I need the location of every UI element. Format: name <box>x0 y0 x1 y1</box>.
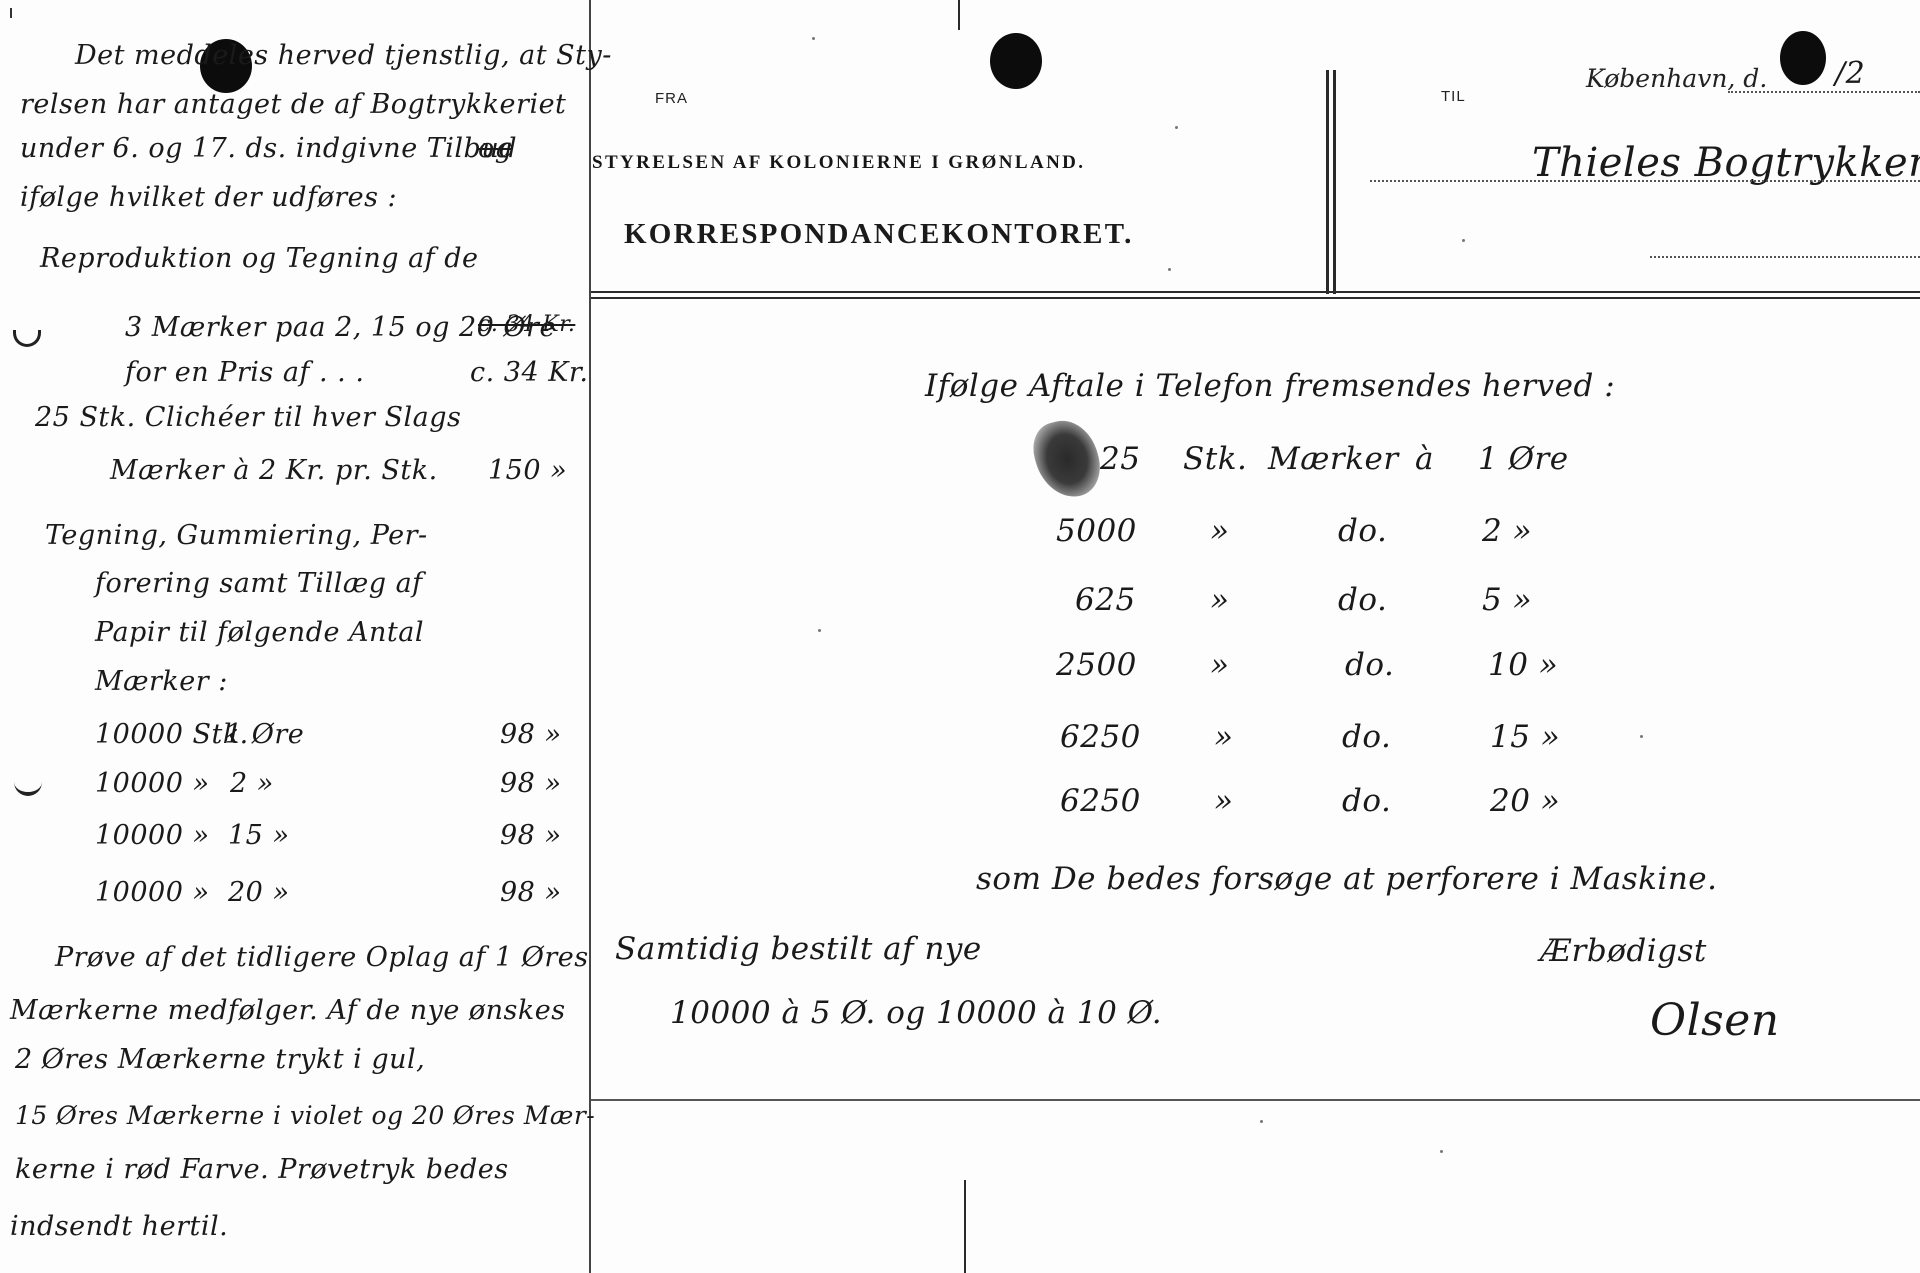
order-ditto: » <box>1210 513 1229 549</box>
address-dotted-line <box>1650 256 1920 258</box>
margin-bracket-mark-bottom <box>14 780 42 796</box>
memo-line: 15 Øres Mærkerne i violet og 20 Øres Mær… <box>15 1101 595 1130</box>
memo-line: Papir til følgende Antal <box>95 617 424 648</box>
order-item: do. <box>1345 647 1394 683</box>
memo-line: under 6. og 17. ds. indgivne Tilbud <box>20 133 517 164</box>
bottom-tick-line <box>964 1180 966 1273</box>
stamp-amount: 98 » <box>500 820 561 851</box>
margin-tick-mark <box>10 8 12 18</box>
top-tick-line <box>958 0 960 30</box>
order-value: 10 » <box>1488 647 1558 683</box>
stamp-qty: 10000 » <box>95 877 210 908</box>
stamp-value: 2 » <box>230 768 274 799</box>
order-item: do. <box>1342 783 1391 819</box>
order-ditto: » <box>1214 719 1233 755</box>
order-item: Mærker <box>1268 441 1399 477</box>
place-date-prefix: København, d. <box>1586 64 1767 93</box>
memo-line: relsen har antaget de af Bogtrykkeriet <box>20 89 566 120</box>
additional-order-line-2: 10000 à 5 Ø. og 10000 à 10 Ø. <box>670 995 1162 1031</box>
scan-speck <box>1260 1120 1263 1123</box>
order-qty: 25 <box>1100 441 1140 477</box>
memo-struck-word: og <box>478 133 513 164</box>
stamp-amount: 98 » <box>500 877 561 908</box>
header-divider-right <box>1333 70 1336 294</box>
header-rule-top <box>591 291 1920 293</box>
order-item: do. <box>1338 513 1387 549</box>
order-qty: 6250 <box>1060 719 1141 755</box>
to-label: TIL <box>1441 88 1466 105</box>
closing-salutation: Ærbødigst <box>1540 933 1707 969</box>
order-qty: 625 <box>1075 582 1136 618</box>
memo-line: Det meddeles herved tjenstlig, at Sty- <box>75 40 612 71</box>
scan-speck <box>1175 126 1178 129</box>
recipient-dotted-line <box>1370 180 1920 182</box>
stamp-amount: 98 » <box>500 719 561 750</box>
order-ditto: » <box>1210 582 1229 618</box>
order-qty: 5000 <box>1056 513 1137 549</box>
stamp-qty: 10000 » <box>95 820 210 851</box>
scan-speck <box>812 37 815 40</box>
date-value: /2 <box>1835 56 1865 91</box>
document-page: Det meddeles herved tjenstlig, at Sty- r… <box>0 0 1920 1273</box>
memo-line: forering samt Tillæg af <box>95 568 423 599</box>
order-qty: 6250 <box>1060 783 1141 819</box>
memo-line: ifølge hvilket der udføres : <box>20 182 397 213</box>
order-value: 1 Øre <box>1478 441 1569 477</box>
ink-blot <box>1027 413 1107 504</box>
memo-line: Tegning, Gummiering, Per- <box>45 520 428 551</box>
memo-amount: 150 » <box>488 455 567 486</box>
order-ditto: » <box>1214 783 1233 819</box>
scan-speck <box>1640 735 1643 738</box>
memo-line: 2 Øres Mærkerne trykt i gul, <box>15 1044 425 1075</box>
office-name: KORRESPONDANCEKONTORET. <box>624 218 1134 251</box>
memo-line: Mærkerne medfølger. Af de nye ønskes <box>10 995 566 1026</box>
intro-line: Ifølge Aftale i Telefon fremsendes herve… <box>925 368 1615 404</box>
order-qty: 2500 <box>1056 647 1137 683</box>
scan-speck <box>818 629 821 632</box>
stamp-value: 20 » <box>228 877 289 908</box>
memo-line: indsendt hertil. <box>10 1211 228 1242</box>
organization-name: STYRELSEN AF KOLONIERNE I GRØNLAND. <box>592 152 1085 174</box>
memo-line: Reproduktion og Tegning af de <box>40 243 479 274</box>
order-value: 15 » <box>1490 719 1560 755</box>
from-label: FRA <box>655 90 688 107</box>
order-item: do. <box>1338 582 1387 618</box>
stamp-qty: 10000 » <box>95 768 210 799</box>
memo-line: Mærker : <box>95 666 228 697</box>
order-unit: Stk. <box>1183 441 1247 477</box>
memo-line: kerne i rød Farve. Prøvetryk bedes <box>15 1154 509 1185</box>
header-divider-left <box>1326 70 1329 294</box>
margin-bracket-mark-top <box>13 330 41 347</box>
order-ditto: » <box>1210 647 1229 683</box>
stamp-value: 1 Øre <box>225 719 304 750</box>
scan-speck <box>1462 239 1465 242</box>
punch-hole-right <box>1780 31 1826 85</box>
memo-line: Mærker à 2 Kr. pr. Stk. <box>110 455 438 486</box>
order-per: à <box>1415 441 1434 477</box>
memo-line: 25 Stk. Clichéer til hver Slags <box>35 402 461 433</box>
signature: Olsen <box>1650 995 1780 1046</box>
memo-line: for en Pris af . . . <box>125 357 364 388</box>
perforation-request: som De bedes forsøge at perforere i Mask… <box>976 861 1717 897</box>
stamp-value: 15 » <box>228 820 289 851</box>
scan-speck <box>1440 1150 1443 1153</box>
body-bottom-rule <box>591 1099 1920 1101</box>
left-column-divider <box>589 0 591 1273</box>
scan-speck <box>1168 268 1171 271</box>
order-value: 20 » <box>1490 783 1560 819</box>
memo-line: Prøve af det tidligere Oplag af 1 Øres <box>55 942 589 973</box>
punch-hole-center <box>990 33 1042 89</box>
memo-amount: c. 34 Kr. <box>470 357 588 388</box>
memo-crossed-amount: c. 34 Kr. <box>478 312 575 337</box>
order-item: do. <box>1342 719 1391 755</box>
order-value: 2 » <box>1482 513 1532 549</box>
order-value: 5 » <box>1482 582 1532 618</box>
header-rule-bottom <box>591 297 1920 299</box>
additional-order-line-1: Samtidig bestilt af nye <box>615 931 982 967</box>
stamp-amount: 98 » <box>500 768 561 799</box>
date-dotted-line <box>1728 91 1920 93</box>
